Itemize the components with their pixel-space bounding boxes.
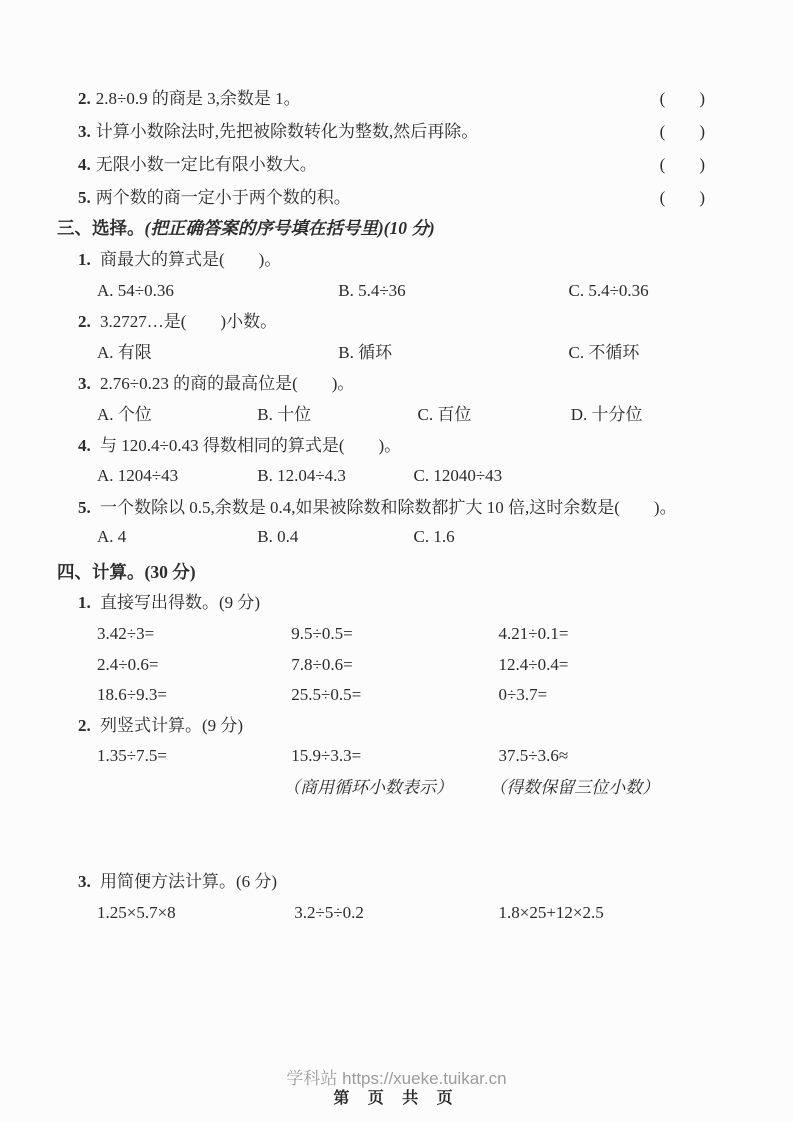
- question-number: 4.: [78, 436, 91, 455]
- calc-expression: 12.4÷0.4=: [499, 654, 569, 676]
- answer-bracket: ( ): [660, 154, 705, 176]
- direct-calc-row: 18.6÷9.3= 25.5÷0.5= 0÷3.7=: [97, 684, 547, 706]
- option-b: B. 十位: [257, 404, 413, 426]
- choice-question-stem: 4. 与 120.4÷0.43 得数相同的算式是( )。: [78, 435, 401, 457]
- calc-expression: 9.5÷0.5=: [291, 623, 494, 645]
- choice-question-stem: 5. 一个数除以 0.5,余数是 0.4,如果被除数和除数都扩大 10 倍,这时…: [78, 497, 677, 519]
- calc-expression: 1.35÷7.5=: [97, 745, 287, 767]
- judge-item: 2. 2.8÷0.9 的商是 3,余数是 1。 ( ): [78, 88, 705, 110]
- calc-expression: 25.5÷0.5=: [291, 684, 494, 706]
- judge-item-number: 5.: [78, 187, 91, 209]
- question-number: 2.: [78, 312, 91, 331]
- question-text: 与 120.4÷0.43 得数相同的算式是( )。: [100, 436, 401, 455]
- section-score: (30 分): [145, 562, 196, 582]
- choice-options-row: A. 个位 B. 十位 C. 百位 D. 十分位: [97, 404, 643, 426]
- judge-item-number: 3.: [78, 121, 91, 143]
- question-text: 一个数除以 0.5,余数是 0.4,如果被除数和除数都扩大 10 倍,这时余数是…: [100, 498, 677, 517]
- option-a: A. 1204÷43: [97, 465, 253, 487]
- subquestion-title: 直接写出得数。(9 分): [100, 593, 260, 612]
- calc-expression: 2.4÷0.6=: [97, 654, 287, 676]
- site-watermark: 学科站 https://xueke.tuikar.cn: [0, 1069, 793, 1089]
- question-number: 5.: [78, 498, 91, 517]
- option-a: A. 个位: [97, 404, 253, 426]
- choice-options-row: A. 1204÷43 B. 12.04÷4.3 C. 12040÷43: [97, 465, 502, 487]
- option-a: A. 4: [97, 526, 253, 548]
- simple-calc-row: 1.25×5.7×8 3.2÷5÷0.2 1.8×25+12×2.5: [97, 902, 604, 924]
- test-paper-page: 2. 2.8÷0.9 的商是 3,余数是 1。 ( ) 3. 计算小数除法时,先…: [0, 0, 793, 1122]
- subquestion-title: 用简便方法计算。(6 分): [100, 872, 277, 891]
- choice-options-row: A. 4 B. 0.4 C. 1.6: [97, 526, 455, 548]
- calc-note: （商用循环小数表示）: [283, 777, 485, 799]
- calc-expression: 37.5÷3.6≈: [499, 745, 569, 767]
- question-text: 2.76÷0.23 的商的最高位是( )。: [100, 374, 354, 393]
- calc-subtitle-vertical: 2. 列竖式计算。(9 分): [78, 715, 243, 737]
- calc-note: （得数保留三位小数）: [489, 777, 659, 799]
- choice-question-stem: 1. 商最大的算式是( )。: [78, 249, 281, 271]
- option-b: B. 5.4÷36: [338, 280, 564, 302]
- option-a: A. 有限: [97, 342, 334, 364]
- section-heading-choice: 三、选择。(把正确答案的序号填在括号里)(10 分): [57, 217, 435, 239]
- calc-expression: 1.8×25+12×2.5: [499, 902, 604, 924]
- section-instruction: (把正确答案的序号填在括号里)(10 分): [145, 218, 435, 238]
- calc-expression: 1.25×5.7×8: [97, 902, 290, 924]
- question-number: 1.: [78, 250, 91, 269]
- judge-item-text: 两个数的商一定小于两个数的积。: [96, 187, 351, 209]
- calc-subtitle-simple: 3. 用简便方法计算。(6 分): [78, 871, 277, 893]
- option-c: C. 12040÷43: [414, 465, 503, 487]
- subquestion-title: 列竖式计算。(9 分): [100, 716, 243, 735]
- calc-expression: 7.8÷0.6=: [291, 654, 494, 676]
- section-heading-calc: 四、计算。(30 分): [57, 561, 196, 583]
- subquestion-number: 3.: [78, 872, 91, 891]
- answer-bracket: ( ): [660, 187, 705, 209]
- option-d: D. 十分位: [571, 404, 643, 426]
- calc-expression: 3.2÷5÷0.2: [294, 902, 494, 924]
- answer-bracket: ( ): [660, 121, 705, 143]
- option-b: B. 0.4: [257, 526, 409, 548]
- calc-expression: 0÷3.7=: [499, 684, 548, 706]
- calc-expression: 4.21÷0.1=: [499, 623, 569, 645]
- choice-options-row: A. 54÷0.36 B. 5.4÷36 C. 5.4÷0.36: [97, 280, 649, 302]
- judge-item: 5. 两个数的商一定小于两个数的积。 ( ): [78, 187, 705, 209]
- choice-question-stem: 2. 3.2727…是( )小数。: [78, 311, 277, 333]
- option-c: C. 5.4÷0.36: [569, 280, 649, 302]
- subquestion-number: 2.: [78, 716, 91, 735]
- option-a: A. 54÷0.36: [97, 280, 334, 302]
- question-number: 3.: [78, 374, 91, 393]
- option-b: B. 12.04÷4.3: [257, 465, 409, 487]
- subquestion-number: 1.: [78, 593, 91, 612]
- judge-item: 4. 无限小数一定比有限小数大。 ( ): [78, 154, 705, 176]
- option-c: C. 百位: [418, 404, 567, 426]
- choice-question-stem: 3. 2.76÷0.23 的商的最高位是( )。: [78, 373, 354, 395]
- question-text: 商最大的算式是( )。: [100, 250, 281, 269]
- vertical-calc-row: 1.35÷7.5= 15.9÷3.3= 37.5÷3.6≈: [97, 745, 568, 767]
- answer-bracket: ( ): [660, 88, 705, 110]
- calc-expression: 3.42÷3=: [97, 623, 287, 645]
- option-c: C. 1.6: [414, 526, 455, 548]
- section-title: 四、计算。: [57, 562, 145, 582]
- calc-subtitle-direct: 1. 直接写出得数。(9 分): [78, 592, 260, 614]
- judge-item: 3. 计算小数除法时,先把被除数转化为整数,然后再除。 ( ): [78, 121, 705, 143]
- option-b: B. 循环: [338, 342, 564, 364]
- judge-item-number: 2.: [78, 88, 91, 110]
- choice-options-row: A. 有限 B. 循环 C. 不循环: [97, 342, 639, 364]
- direct-calc-row: 2.4÷0.6= 7.8÷0.6= 12.4÷0.4=: [97, 654, 568, 676]
- calc-expression: 15.9÷3.3=: [291, 745, 494, 767]
- judge-item-text: 2.8÷0.9 的商是 3,余数是 1。: [96, 88, 301, 110]
- judge-item-text: 计算小数除法时,先把被除数转化为整数,然后再除。: [96, 121, 479, 143]
- vertical-calc-notes: （商用循环小数表示） （得数保留三位小数）: [283, 777, 659, 799]
- section-title: 三、选择。: [57, 218, 145, 238]
- question-text: 3.2727…是( )小数。: [100, 312, 277, 331]
- direct-calc-row: 3.42÷3= 9.5÷0.5= 4.21÷0.1=: [97, 623, 568, 645]
- page-number-footer: 第 页 共 页: [0, 1089, 793, 1109]
- judge-item-number: 4.: [78, 154, 91, 176]
- option-c: C. 不循环: [569, 342, 640, 364]
- judge-item-text: 无限小数一定比有限小数大。: [96, 154, 317, 176]
- calc-expression: 18.6÷9.3=: [97, 684, 287, 706]
